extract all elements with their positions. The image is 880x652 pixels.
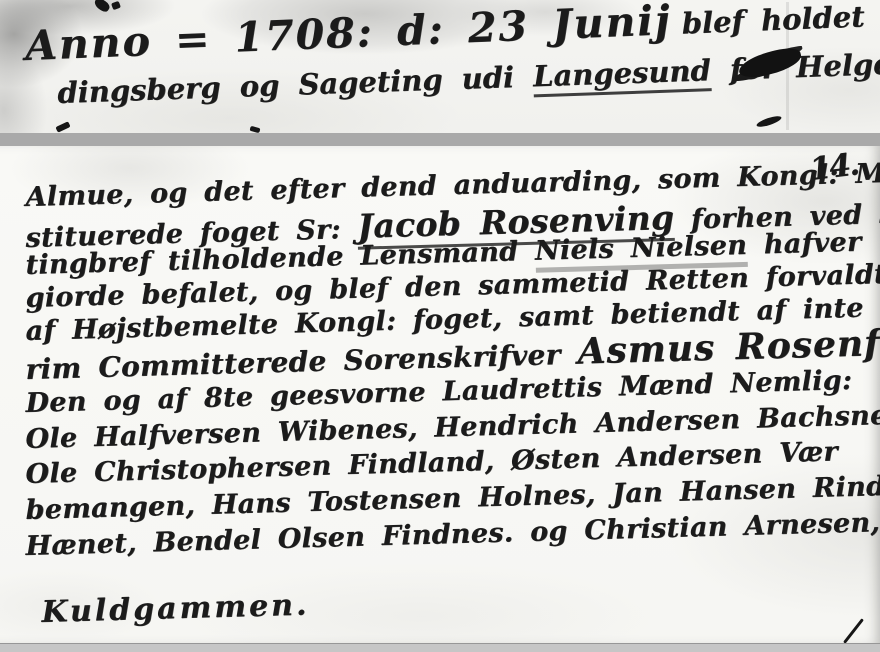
- scan-bottom-bar: [0, 643, 880, 652]
- scanned-header-fragment: Anno = 1708: d: 23 Junijblef holdet et a…: [0, 0, 880, 133]
- ink-mark: [93, 0, 112, 13]
- scan-divider-bar: [0, 133, 880, 146]
- place-name-underlined: Langesund: [532, 53, 711, 97]
- manuscript-scan: Anno = 1708: d: 23 Junijblef holdet et a…: [0, 0, 880, 652]
- ink-mark: [111, 1, 121, 10]
- ink-mark: [55, 121, 70, 132]
- ink-mark: [756, 114, 783, 129]
- header-line-2-pre: dingsberg og Sageting udi: [57, 59, 534, 110]
- header-line-1-text: blef holdet et almindeligt Le,: [681, 0, 880, 41]
- line-text: Kuldgammen.: [41, 588, 310, 630]
- manuscript-line: Kuldgammen.: [41, 588, 310, 630]
- line-text: hafver: [747, 227, 862, 261]
